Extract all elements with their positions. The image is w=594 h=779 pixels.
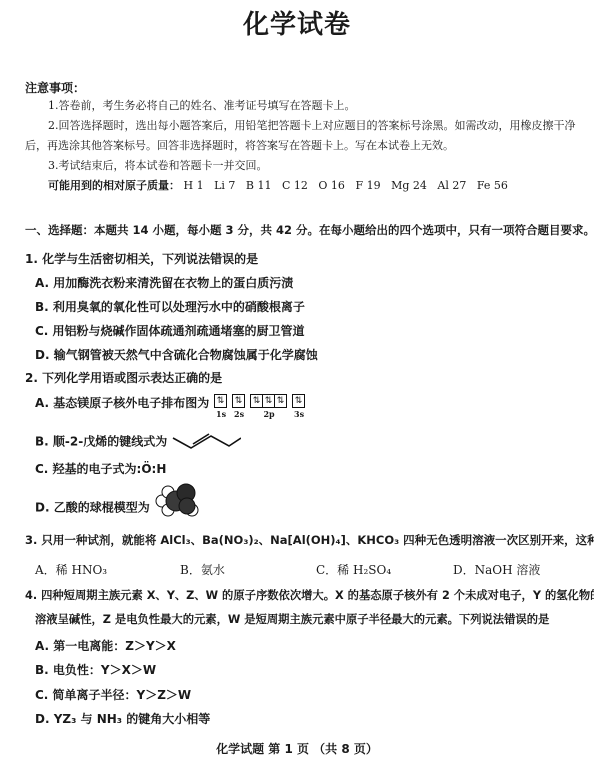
atomic-mass: C 12 xyxy=(282,179,308,192)
note-item-3: 3.考试结束后，将本试卷和答题卡一并交回。 xyxy=(48,157,268,173)
q3-option-d: D．NaOH 溶液 xyxy=(453,561,540,578)
q4-option-c: C. 简单离子半径：Y＞Z＞W xyxy=(35,686,191,703)
q3-stem-chemicals: AlCl₃、Ba(NO₃)₂、Na[Al(OH)₄]、KHCO₃ xyxy=(160,533,399,547)
q2-option-d-text: D. 乙酸的球棍模型为 xyxy=(35,501,150,515)
atomic-mass: Al 27 xyxy=(437,179,466,192)
atomic-mass: Mg 24 xyxy=(391,179,427,192)
q4-option-a: A. 第一电离能：Z＞Y＞X xyxy=(35,637,176,654)
q2-option-a: A. 基态镁原子核外电子排布图为 ⇅ 1s ⇅ 2s ⇅ ⇅ ⇅ 2p ⇅ 3s xyxy=(35,394,305,419)
orbital-label: 2p xyxy=(263,409,274,419)
atomic-mass: O 16 xyxy=(318,179,345,192)
orbital-box: ⇅ xyxy=(292,394,305,408)
q1-option-d: D. 输气钢管被天然气中含硫化合物腐蚀属于化学腐蚀 xyxy=(35,346,318,363)
orbital-diagram: ⇅ 1s ⇅ 2s ⇅ ⇅ ⇅ 2p ⇅ 3s xyxy=(215,394,305,419)
q1-stem: 1. 化学与生活密切相关，下列说法错误的是 xyxy=(25,250,258,267)
atomic-mass: B 11 xyxy=(246,179,272,192)
atomic-masses-line: 可能用到的相对原子质量： H 1 Li 7 B 11 C 12 O 16 F 1… xyxy=(48,177,508,193)
q2-option-a-text: A. 基态镁原子核外电子排布图为 xyxy=(35,396,209,410)
orbital-box: ⇅ xyxy=(274,394,287,408)
orbital-2p: ⇅ ⇅ ⇅ 2p xyxy=(251,394,287,419)
orbital-label: 2s xyxy=(234,409,244,419)
q3-stem: 3. 只用一种试剂，就能将 AlCl₃、Ba(NO₃)₂、Na[Al(OH)₄]… xyxy=(25,532,594,548)
q4-option-b: B. 电负性：Y＞X＞W xyxy=(35,661,156,678)
electron-formula: :Ö:H xyxy=(137,462,167,476)
q4-stem-line2: 溶液呈碱性，Z 是电负性最大的元素，W 是短周期主族元素中原子半径最大的元素。下… xyxy=(35,611,549,627)
orbital-1s: ⇅ 1s xyxy=(215,394,227,419)
q3-stem-suffix: 四种无色透明溶液一次区别开来，这种试剂是 xyxy=(399,533,594,547)
q1-option-a: A. 用加酶洗衣粉来清洗留在衣物上的蛋白质污渍 xyxy=(35,274,293,291)
q2-stem: 2. 下列化学用语或图示表达正确的是 xyxy=(25,369,222,386)
orbital-3s: ⇅ 3s xyxy=(293,394,305,419)
atomic-mass: Li 7 xyxy=(214,179,235,192)
q3-stem-prefix: 3. 只用一种试剂，就能将 xyxy=(25,533,160,547)
q1-option-c: C. 用铝粉与烧碱作固体疏通剂疏通堵塞的厨卫管道 xyxy=(35,322,305,339)
orbital-box: ⇅ xyxy=(214,394,227,408)
atomic-masses-label: 可能用到的相对原子质量： xyxy=(48,179,180,192)
q2-option-b: B. 顺-2-戊烯的键线式为 xyxy=(35,432,241,452)
q2-option-d: D. 乙酸的球棍模型为 xyxy=(35,496,202,520)
q4-option-d: D. YZ₃ 与 NH₃ 的键角大小相等 xyxy=(35,710,210,727)
note-item-2: 2.回答选择题时，选出每小题答案后，用铅笔把答题卡上对应题目的答案标号涂黑。如需… xyxy=(48,117,576,133)
atomic-mass: Fe 56 xyxy=(477,179,508,192)
q1-option-b: B. 利用臭氧的氧化性可以处理污水中的硝酸根离子 xyxy=(35,298,305,315)
atomic-mass: F 19 xyxy=(355,179,380,192)
note-item-2-cont: 后，再选涂其他答案标号。回答非选择题时，将答案写在答题卡上。写在本试卷上无效。 xyxy=(25,137,454,153)
q4-stem-line1: 4. 四种短周期主族元素 X、Y、Z、W 的原子序数依次增大。X 的基态原子核外… xyxy=(25,587,594,603)
q2-option-c-text: C. 羟基的电子式为 xyxy=(35,462,137,476)
exam-page: 化学试卷 注意事项： 1.答卷前，考生务必将自己的姓名、准考证号填写在答题卡上。… xyxy=(0,0,594,779)
skeletal-formula-icon xyxy=(171,432,241,452)
orbital-2s: ⇅ 2s xyxy=(233,394,245,419)
orbital-label: 1s xyxy=(216,409,226,419)
q2-option-b-text: B. 顺-2-戊烯的键线式为 xyxy=(35,435,167,449)
notes-heading: 注意事项： xyxy=(25,79,85,96)
page-footer: 化学试题 第 1 页 （共 8 页） xyxy=(0,740,594,757)
page-title: 化学试卷 xyxy=(0,4,594,41)
q3-option-c: C．稀 H₂SO₄ xyxy=(316,561,391,578)
orbital-box: ⇅ xyxy=(232,394,245,408)
atomic-mass: H 1 xyxy=(184,179,204,192)
q2-option-c: C. 羟基的电子式为:Ö:H xyxy=(35,460,166,477)
ball-stick-model-icon xyxy=(154,482,202,520)
q3-option-a: A．稀 HNO₃ xyxy=(35,561,107,578)
note-item-1: 1.答卷前，考生务必将自己的姓名、准考证号填写在答题卡上。 xyxy=(48,97,356,113)
section-heading: 一、选择题：本题共 14 小题，每小题 3 分，共 42 分。在每小题给出的四个… xyxy=(25,222,594,238)
orbital-label: 3s xyxy=(294,409,304,419)
q3-option-b: B．氨水 xyxy=(180,561,225,578)
